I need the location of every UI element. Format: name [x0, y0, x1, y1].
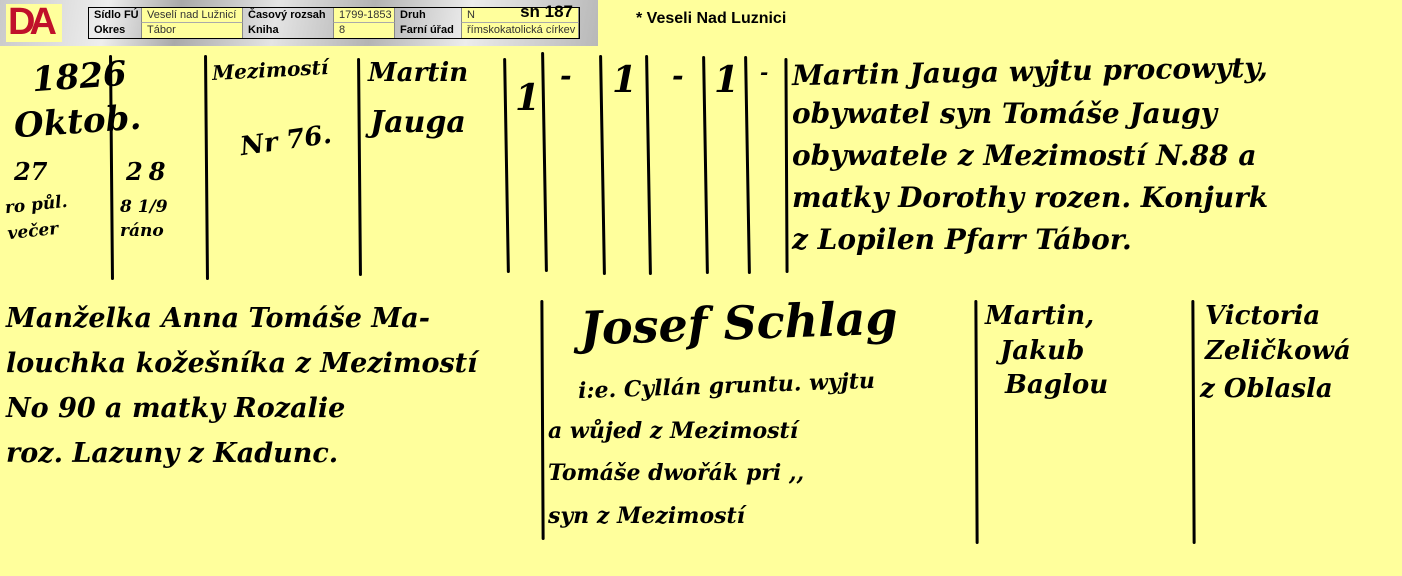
record-metadata-table: Sídlo FÚ Veselí nad Lužnicí Časový rozsa…: [88, 7, 580, 39]
label-okres: Okres: [89, 23, 141, 38]
ruling-line: [540, 300, 544, 540]
archive-header-bar: DA Sídlo FÚ Veselí nad Lužnicí Časový ro…: [0, 0, 598, 46]
ruling-line: [702, 56, 709, 274]
ruling-line: [599, 55, 606, 275]
column-mark: 1: [612, 62, 637, 98]
value-kniha: 8: [333, 23, 395, 38]
column-mark: -: [560, 62, 572, 90]
page-title: * Veseli Nad Luznici: [636, 10, 786, 28]
midwife-text-line: a wůjed z Mezimostí: [548, 420, 798, 442]
godfather-text-line: Jakub: [1000, 338, 1084, 364]
column-mark: 1: [515, 80, 540, 116]
father-text-line: obywatel syn Tomáše Jaugy: [792, 100, 1217, 128]
godfather-text-line: Martin,: [985, 303, 1094, 329]
record-month: Oktob.: [13, 101, 142, 144]
column-mark: 1: [714, 62, 739, 98]
midwife-text-line: Tomáše dwořák pri ,,: [548, 462, 804, 484]
midwife-text-line: i:e. Cyllán gruntu. wyjtu: [578, 370, 876, 402]
logo-text: DA: [8, 2, 51, 42]
ruling-line: [645, 55, 652, 275]
ruling-line: [1191, 300, 1195, 544]
ruling-line: [357, 58, 362, 276]
father-text-line: matky Dorothy rozen. Konjurk: [792, 184, 1268, 212]
label-druh: Druh: [395, 8, 461, 23]
label-sidlo-fu: Sídlo FÚ: [89, 8, 141, 23]
value-okres: Tábor: [141, 23, 243, 38]
midwife-name: Josef Schlag: [579, 294, 898, 351]
archive-logo[interactable]: DA: [6, 4, 62, 42]
father-text-line: obywatele z Mezimostí N.88 a: [792, 142, 1257, 170]
mother-text-line: No 90 a matky Rozalie: [6, 395, 345, 422]
child-first-name: Martin: [368, 60, 468, 86]
ruling-line: [974, 300, 978, 544]
column-mark: -: [760, 62, 768, 82]
record-year: 1826: [31, 57, 128, 98]
ruling-line: [541, 52, 548, 272]
mother-text-line: louchka kožešníka z Mezimostí: [6, 350, 477, 377]
value-farni-urad: římskokatolická církev: [461, 23, 579, 38]
value-casovy-rozsah: 1799-1853: [333, 8, 395, 23]
birth-time: ro půl. večer: [4, 185, 109, 247]
value-sidlo-fu: Veselí nad Lužnicí: [141, 8, 243, 23]
label-casovy-rozsah: Časový rozsah: [243, 8, 333, 23]
signature-number: sn 187: [520, 5, 573, 19]
birth-day: 27: [14, 160, 47, 184]
godfather-text-line: Baglou: [1005, 372, 1108, 398]
druh-value: N: [467, 9, 475, 21]
godmother-text-line: Zeličkowá: [1205, 338, 1351, 364]
label-kniha: Kniha: [243, 23, 333, 38]
mother-text-line: roz. Lazuny z Kadunc.: [6, 440, 338, 467]
value-druh: N sn 187: [461, 8, 579, 23]
godmother-text-line: z Oblasla: [1200, 376, 1333, 402]
ruling-line: [503, 58, 510, 273]
child-surname: Jauga: [370, 108, 466, 138]
label-farni-urad: Farní úřad: [395, 23, 461, 38]
ruling-line: [784, 58, 788, 273]
midwife-text-line: syn z Mezimostí: [548, 505, 745, 527]
father-text-line: z Lopilen Pfarr Tábor.: [792, 226, 1132, 254]
father-text-line: Martin Jauga wyjtu procowyty,: [792, 54, 1268, 90]
ruling-line: [204, 55, 209, 280]
baptism-day: 28: [126, 160, 171, 184]
house-place: Mezimostí: [212, 57, 329, 83]
column-mark: -: [672, 62, 684, 90]
baptism-time: 8 1/9 ráno: [120, 195, 200, 243]
godmother-text-line: Victoria: [1205, 303, 1320, 329]
mother-text-line: Manželka Anna Tomáše Ma-: [6, 305, 430, 332]
house-number: Nr 76.: [239, 122, 333, 161]
ruling-line: [744, 56, 751, 274]
